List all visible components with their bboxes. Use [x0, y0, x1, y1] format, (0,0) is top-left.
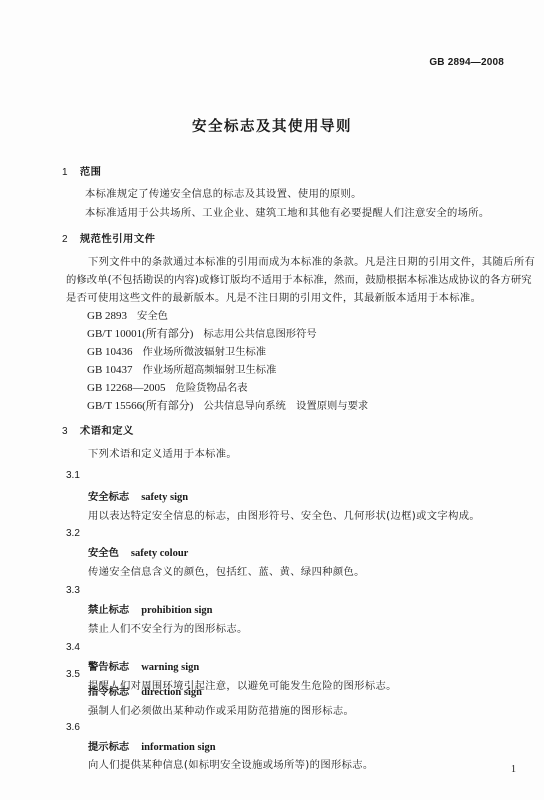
term-definition: 用以表达特定安全信息的标志，由图形符号、安全色、几何形状(边框)或文字构成。	[88, 510, 480, 522]
term-heading: 提示标志information sign	[88, 741, 216, 754]
term-en: prohibition sign	[141, 605, 212, 616]
reference-title: 安全色	[137, 310, 168, 322]
term-heading: 安全标志safety sign	[88, 491, 188, 504]
term-number: 3.2	[66, 528, 80, 540]
reference-code: GB/T 10001(所有部分)	[87, 328, 193, 340]
reference-item: GB/T 10001(所有部分)标志用公共信息图形符号	[87, 328, 317, 340]
term-number: 3.6	[66, 722, 80, 734]
section-number: 2	[62, 234, 68, 245]
term-cn: 警告标志	[88, 661, 129, 673]
reference-item: GB/T 15566(所有部分)公共信息导向系统 设置原则与要求	[87, 400, 368, 412]
term-definition: 向人们提供某种信息(如标明安全设施或场所等)的图形标志。	[88, 759, 374, 771]
term-en: safety colour	[131, 548, 188, 559]
term-cn: 提示标志	[88, 741, 129, 753]
paragraph: 下列术语和定义适用于本标准。	[88, 448, 237, 460]
section-3-heading: 3 术语和定义	[62, 425, 134, 438]
reference-item: GB 10437作业场所超高频辐射卫生标准	[87, 364, 276, 376]
term-en: information sign	[141, 742, 215, 753]
term-en: safety sign	[141, 492, 188, 503]
term-number: 3.4	[66, 642, 80, 654]
reference-title: 危险货物品名表	[176, 382, 248, 394]
paragraph-line: 是否可使用这些文件的最新版本。凡是不注日期的引用文件，其最新版本适用于本标准。	[66, 292, 481, 304]
term-en: direction sign	[141, 687, 202, 698]
page-number: 1	[511, 764, 516, 775]
reference-code: GB/T 15566(所有部分)	[87, 400, 193, 412]
section-title: 规范性引用文件	[80, 233, 156, 245]
reference-title: 作业场所微波辐射卫生标准	[143, 346, 267, 358]
section-number: 3	[62, 426, 68, 437]
reference-item: GB 10436作业场所微波辐射卫生标准	[87, 346, 266, 358]
term-cn: 安全标志	[88, 491, 129, 503]
term-heading: 指令标志direction sign	[88, 686, 202, 699]
term-number: 3.3	[66, 585, 80, 597]
reference-code: GB 2893	[87, 310, 127, 322]
term-heading: 警告标志warning sign	[88, 661, 199, 674]
section-2-heading: 2 规范性引用文件	[62, 233, 155, 246]
reference-title: 公共信息导向系统 设置原则与要求	[203, 400, 368, 412]
reference-code: GB 12268—2005	[87, 382, 166, 394]
reference-item: GB 12268—2005危险货物品名表	[87, 382, 248, 394]
document-page: GB 2894—2008 安全标志及其使用导则 1 范围 本标准规定了传递安全信…	[0, 0, 544, 800]
reference-item: GB 2893安全色	[87, 310, 168, 322]
paragraph-line: 下列文件中的条款通过本标准的引用而成为本标准的条款。凡是注日期的引用文件，其随后…	[88, 256, 535, 268]
term-definition: 强制人们必须做出某种动作或采用防范措施的图形标志。	[88, 705, 354, 717]
section-1-heading: 1 范围	[62, 166, 101, 179]
section-title: 术语和定义	[80, 425, 134, 437]
standard-code: GB 2894—2008	[429, 57, 504, 68]
term-cn: 指令标志	[88, 686, 129, 698]
term-heading: 安全色safety colour	[88, 547, 188, 560]
paragraph: 本标准规定了传递安全信息的标志及其设置、使用的原则。	[85, 188, 362, 200]
section-number: 1	[62, 167, 68, 178]
term-cn: 禁止标志	[88, 604, 129, 616]
reference-code: GB 10436	[87, 346, 133, 358]
term-number: 3.1	[66, 470, 80, 482]
term-number: 3.5	[66, 669, 80, 681]
reference-title: 作业场所超高频辐射卫生标准	[143, 364, 277, 376]
reference-code: GB 10437	[87, 364, 133, 376]
term-heading: 禁止标志prohibition sign	[88, 604, 212, 617]
term-definition: 禁止人们不安全行为的图形标志。	[88, 623, 248, 635]
document-title: 安全标志及其使用导则	[0, 115, 544, 136]
term-en: warning sign	[141, 662, 199, 673]
section-title: 范围	[80, 166, 102, 178]
paragraph: 本标准适用于公共场所、工业企业、建筑工地和其他有必要提醒人们注意安全的场所。	[85, 207, 490, 219]
term-definition: 传递安全信息含义的颜色，包括红、蓝、黄、绿四种颜色。	[88, 566, 365, 578]
paragraph-line: 的修改单(不包括勘误的内容)或修订版均不适用于本标准，然而，鼓励根据本标准达成协…	[66, 274, 532, 286]
reference-title: 标志用公共信息图形符号	[203, 328, 316, 340]
term-cn: 安全色	[88, 547, 119, 559]
